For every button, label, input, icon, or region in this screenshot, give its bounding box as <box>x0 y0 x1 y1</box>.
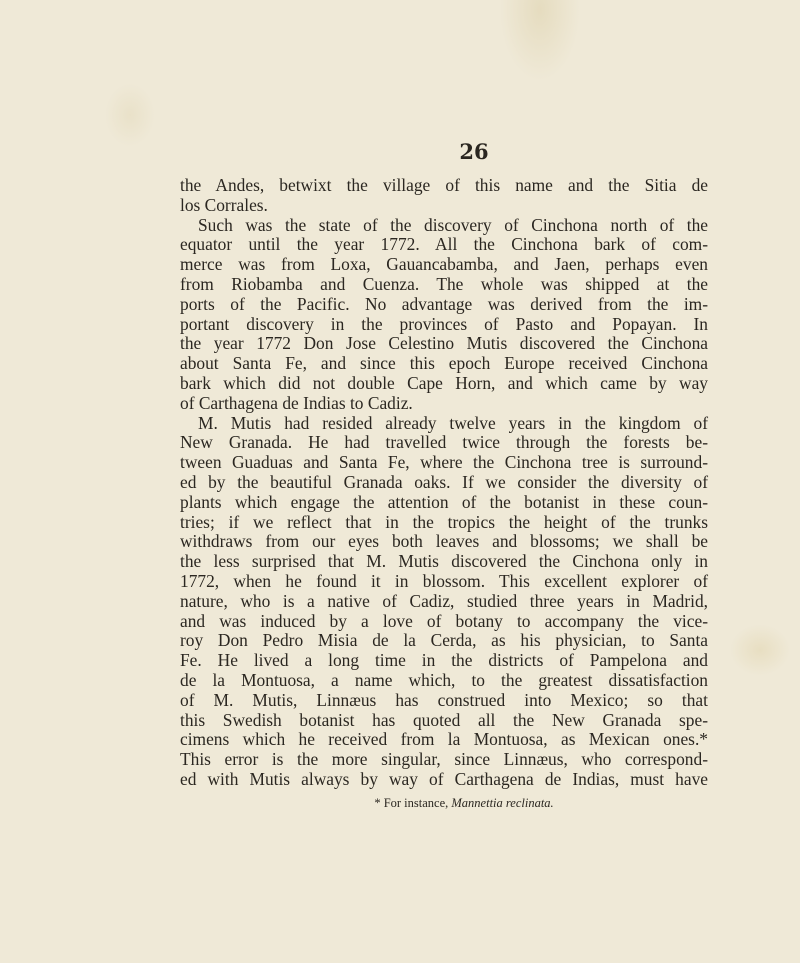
text-line: los Corrales. <box>180 196 708 216</box>
text-line: New Granada. He had travelled twice thro… <box>180 433 708 453</box>
body-text: the Andes, betwixt the village of this n… <box>180 176 708 790</box>
text-line: ed with Mutis always by way of Carthagen… <box>180 770 708 790</box>
text-line: the Andes, betwixt the village of this n… <box>180 176 708 196</box>
text-line: withdraws from our eyes both leaves and … <box>180 532 708 552</box>
text-line: of Carthagena de Indias to Cadiz. <box>180 394 708 414</box>
text-line: Fe. He lived a long time in the district… <box>180 651 708 671</box>
text-line: ports of the Pacific. No advantage was d… <box>180 295 708 315</box>
footnote-marker: * <box>374 796 380 810</box>
text-line: de la Montuosa, a name which, to the gre… <box>180 671 708 691</box>
book-page: 26 the Andes, betwixt the village of thi… <box>180 140 708 811</box>
text-line: This error is the more singular, since L… <box>180 750 708 770</box>
text-line: nature, who is a native of Cadiz, studie… <box>180 592 708 612</box>
text-line: the less surprised that M. Mutis discove… <box>180 552 708 572</box>
text-line: about Santa Fe, and since this epoch Eur… <box>180 354 708 374</box>
footnote: * For instance, Mannettia reclinata. <box>220 796 708 811</box>
text-line: equator until the year 1772. All the Cin… <box>180 235 708 255</box>
text-line: Such was the state of the discovery of C… <box>180 216 708 236</box>
text-line: the year 1772 Don Jose Celestino Mutis d… <box>180 334 708 354</box>
page-number: 26 <box>240 140 708 164</box>
text-line: 1772, when he found it in blossom. This … <box>180 572 708 592</box>
text-line: from Riobamba and Cuenza. The whole was … <box>180 275 708 295</box>
text-line: plants which engage the attention of the… <box>180 493 708 513</box>
footnote-text: For instance, <box>384 796 449 810</box>
text-line: portant discovery in the provinces of Pa… <box>180 315 708 335</box>
text-line: tries; if we reflect that in the tropics… <box>180 513 708 533</box>
text-line: tween Guaduas and Santa Fe, where the Ci… <box>180 453 708 473</box>
text-line: M. Mutis had resided already twelve year… <box>180 414 708 434</box>
text-line: roy Don Pedro Misia de la Cerda, as his … <box>180 631 708 651</box>
text-line: ed by the beautiful Granada oaks. If we … <box>180 473 708 493</box>
text-line: this Swedish botanist has quoted all the… <box>180 711 708 731</box>
text-line: of M. Mutis, Linnæus has construed into … <box>180 691 708 711</box>
footnote-italic-text: Mannettia reclinata. <box>451 796 553 810</box>
text-line: cimens which he received from la Montuos… <box>180 730 708 750</box>
text-line: and was induced by a love of botany to a… <box>180 612 708 632</box>
text-line: bark which did not double Cape Horn, and… <box>180 374 708 394</box>
text-line: merce was from Loxa, Gauancabamba, and J… <box>180 255 708 275</box>
